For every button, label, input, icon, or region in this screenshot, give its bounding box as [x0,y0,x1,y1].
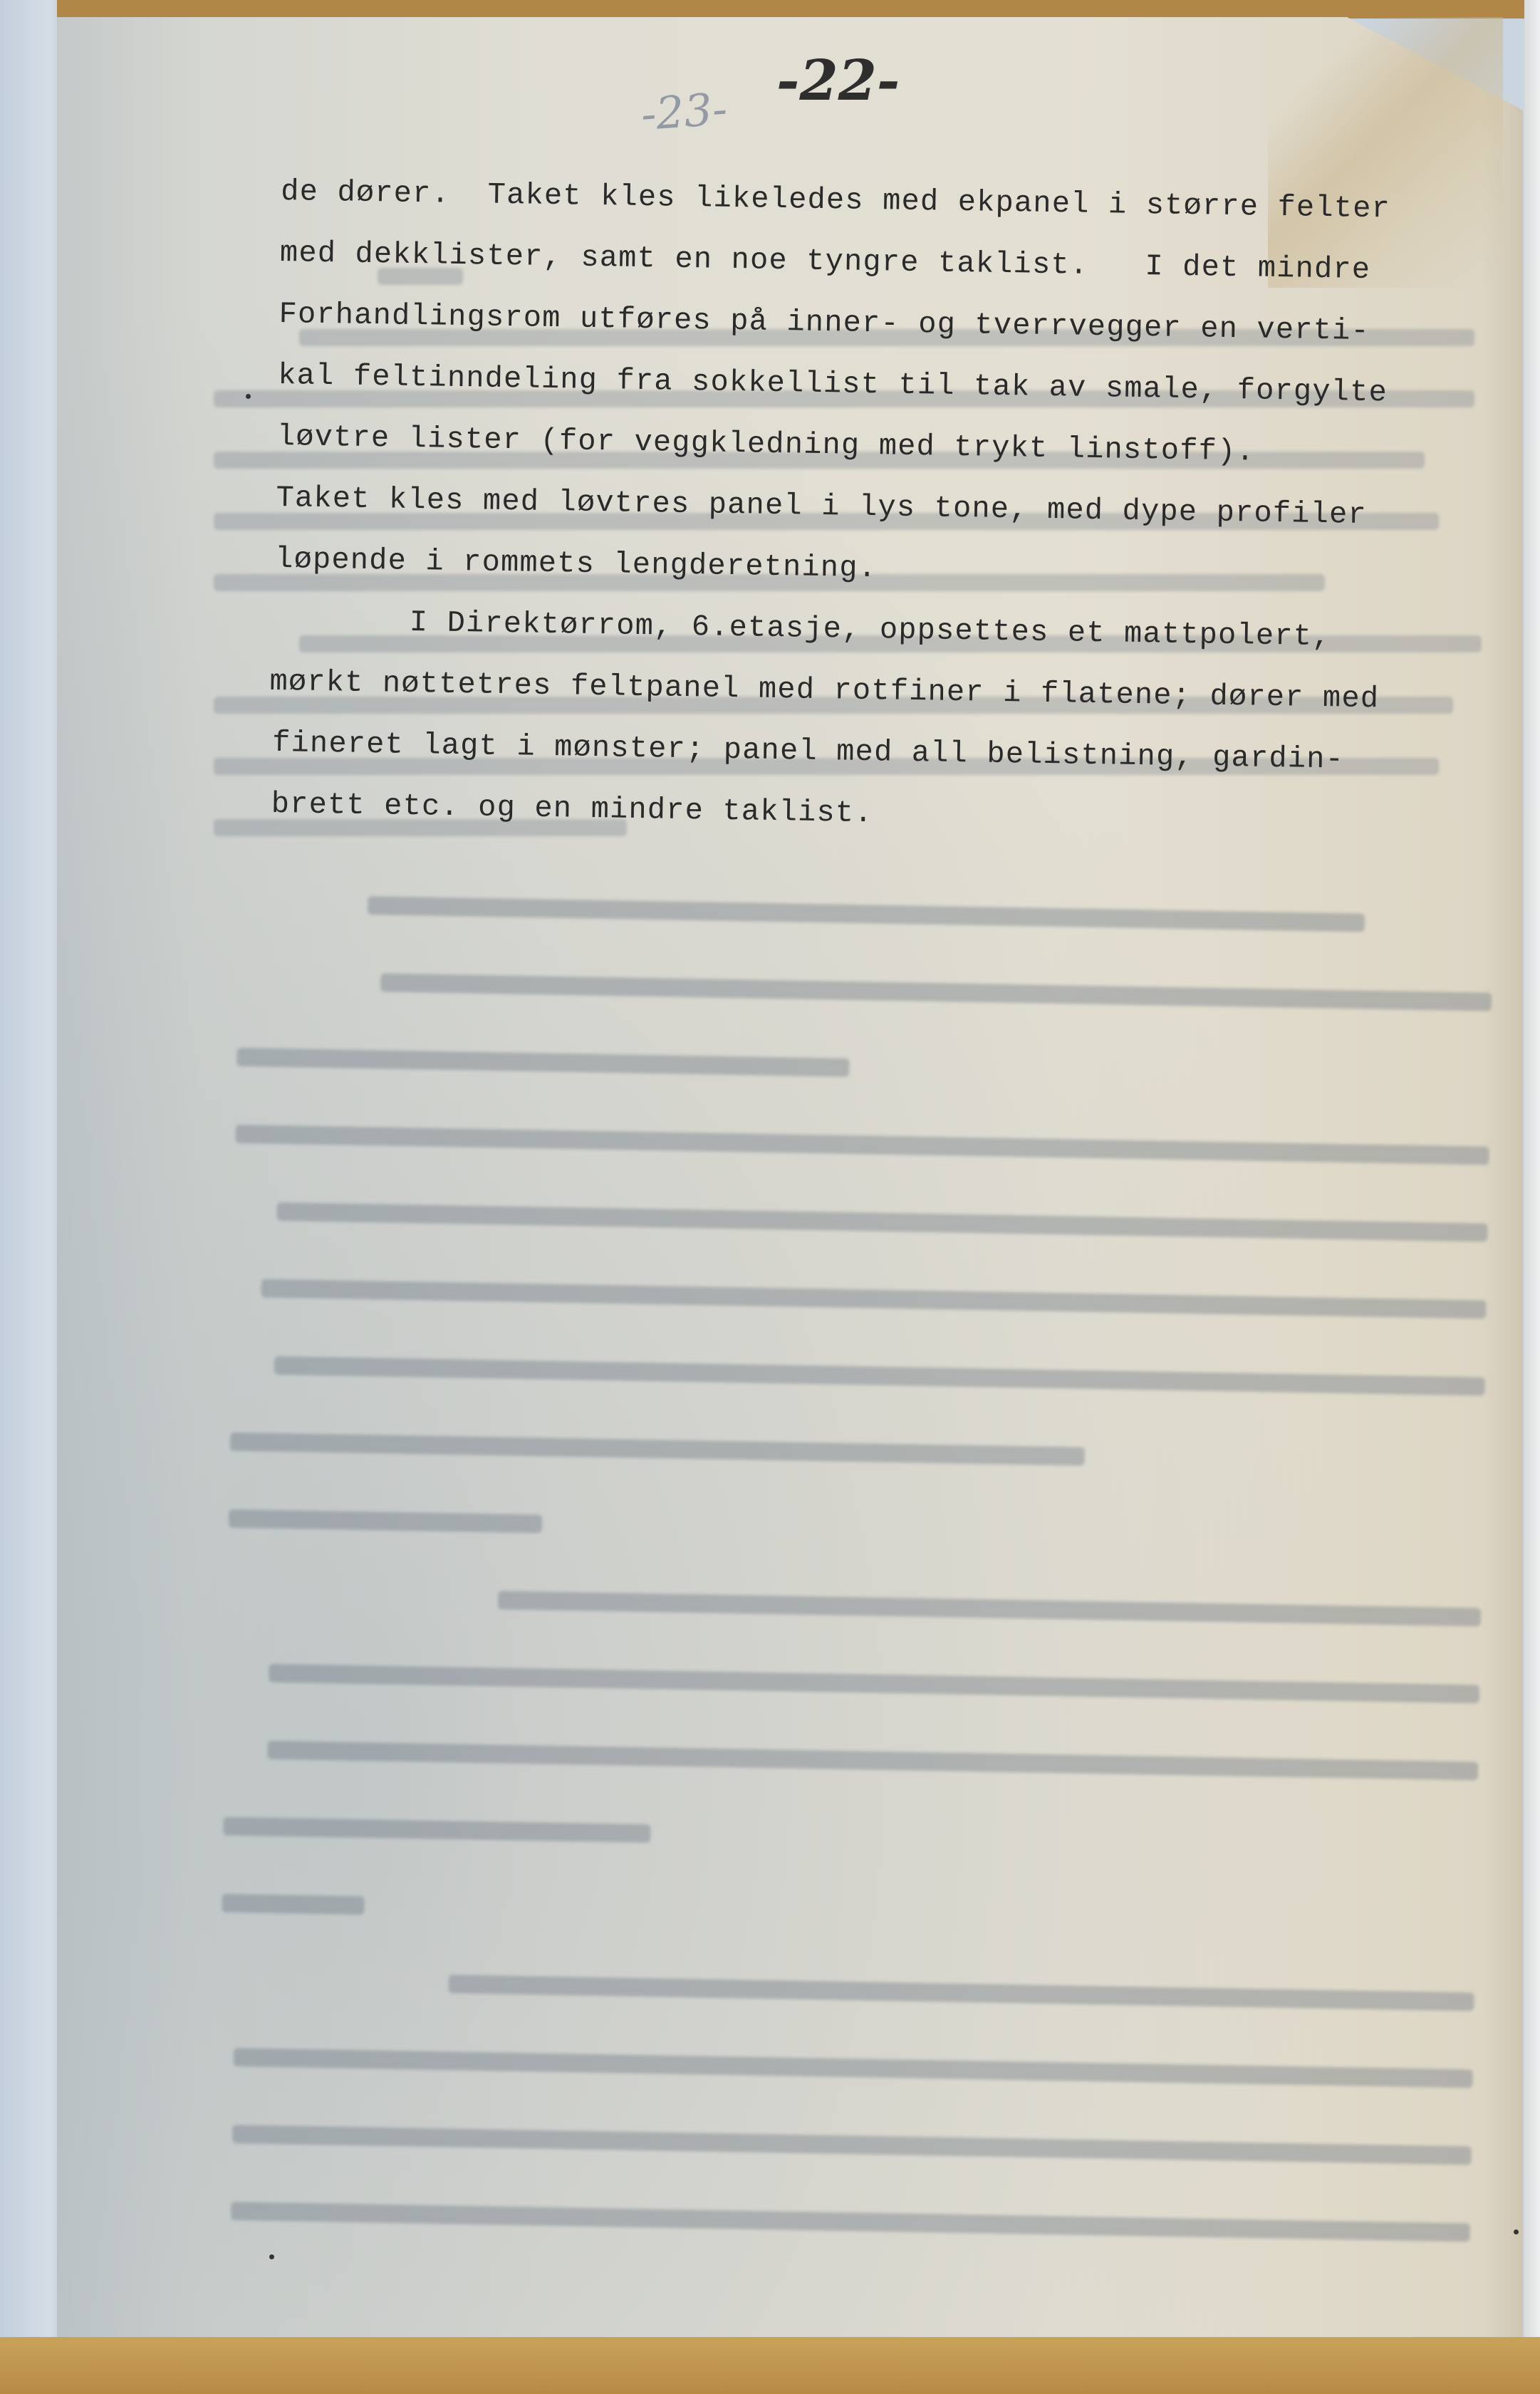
photo-scene: -23- -22- de dører. Taket kles likeledes… [0,0,1540,2394]
page-number: -22- [776,48,900,113]
desk-surface-top [57,0,1540,19]
typed-body-text: de dører. Taket kles likeledes med ekpan… [271,161,1457,853]
ink-speck [1514,2229,1519,2234]
page-number-crossed: -23- [640,83,729,140]
desk-surface-right [1524,0,1540,2394]
ink-speck [269,2254,274,2259]
ink-speck [246,394,251,399]
desk-surface-bottom [0,2337,1540,2394]
